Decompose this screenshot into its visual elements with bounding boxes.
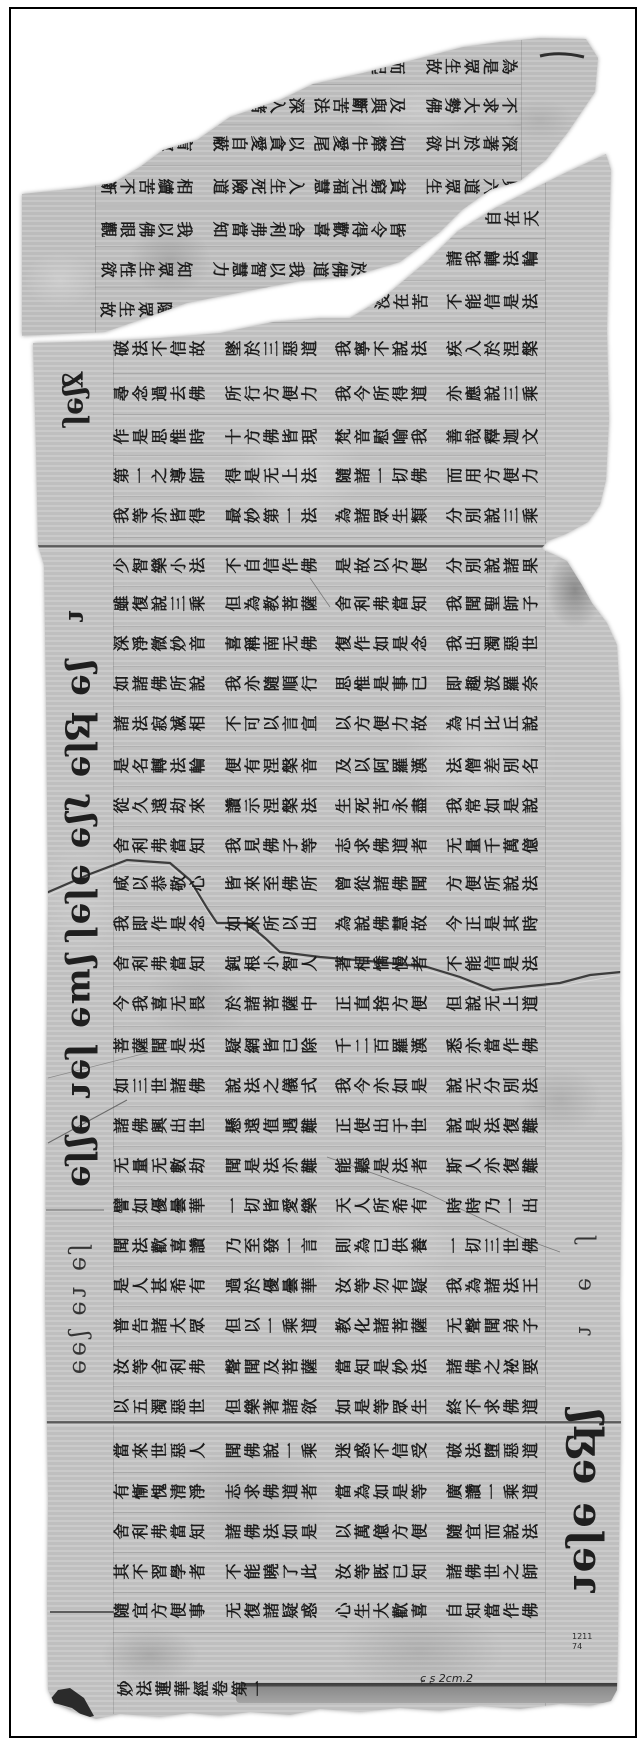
verse-phrase: 我以佛眼觀: [97, 218, 193, 238]
verse-phrase: 如犛牛愛尾: [310, 132, 406, 152]
verse-phrase: 盲瞑: [97, 132, 193, 152]
verse-phrase: 而起: [310, 55, 406, 75]
verse-phrase: 深入諸: [209, 94, 305, 114]
verse-phrase: 隱眾生故: [97, 298, 193, 318]
verse-phrase: 及與斷苦法: [310, 94, 406, 114]
verse-phrase: 舍利弗當知: [209, 218, 305, 238]
verse-phrase: 為是眾生故: [422, 55, 518, 75]
crease-mark: [540, 54, 584, 57]
verse-phrase: 我以智慧力: [209, 258, 305, 278]
verse-phrase: 知眾生性欲: [97, 258, 193, 278]
verse-phrase: 入生死險道: [209, 175, 305, 195]
verse-phrase: 見六道眾生: [422, 175, 518, 195]
verse-phrase: 以貪愛自蔽: [209, 132, 305, 152]
verse-phrase: 不求大勢佛: [422, 94, 518, 114]
top-fragment-wrapper: 為是眾生故 而起 不求大勢佛 及與斷苦法 深入諸 深著於五欲 如犛牛愛尾 以貪愛…: [0, 0, 644, 1746]
verse-phrase: 皆令得歡喜: [310, 218, 406, 238]
verse-phrase: 深著於五欲: [422, 132, 518, 152]
verse-phrase: 相續苦不斷: [97, 175, 193, 195]
verse-phrase: 貧窮无福慧: [310, 175, 406, 195]
verse-phrase: 於佛道: [310, 258, 406, 278]
top-fragment-paper: 為是眾生故 而起 不求大勢佛 及與斷苦法 深入諸 深著於五欲 如犛牛愛尾 以貪愛…: [0, 0, 644, 1746]
